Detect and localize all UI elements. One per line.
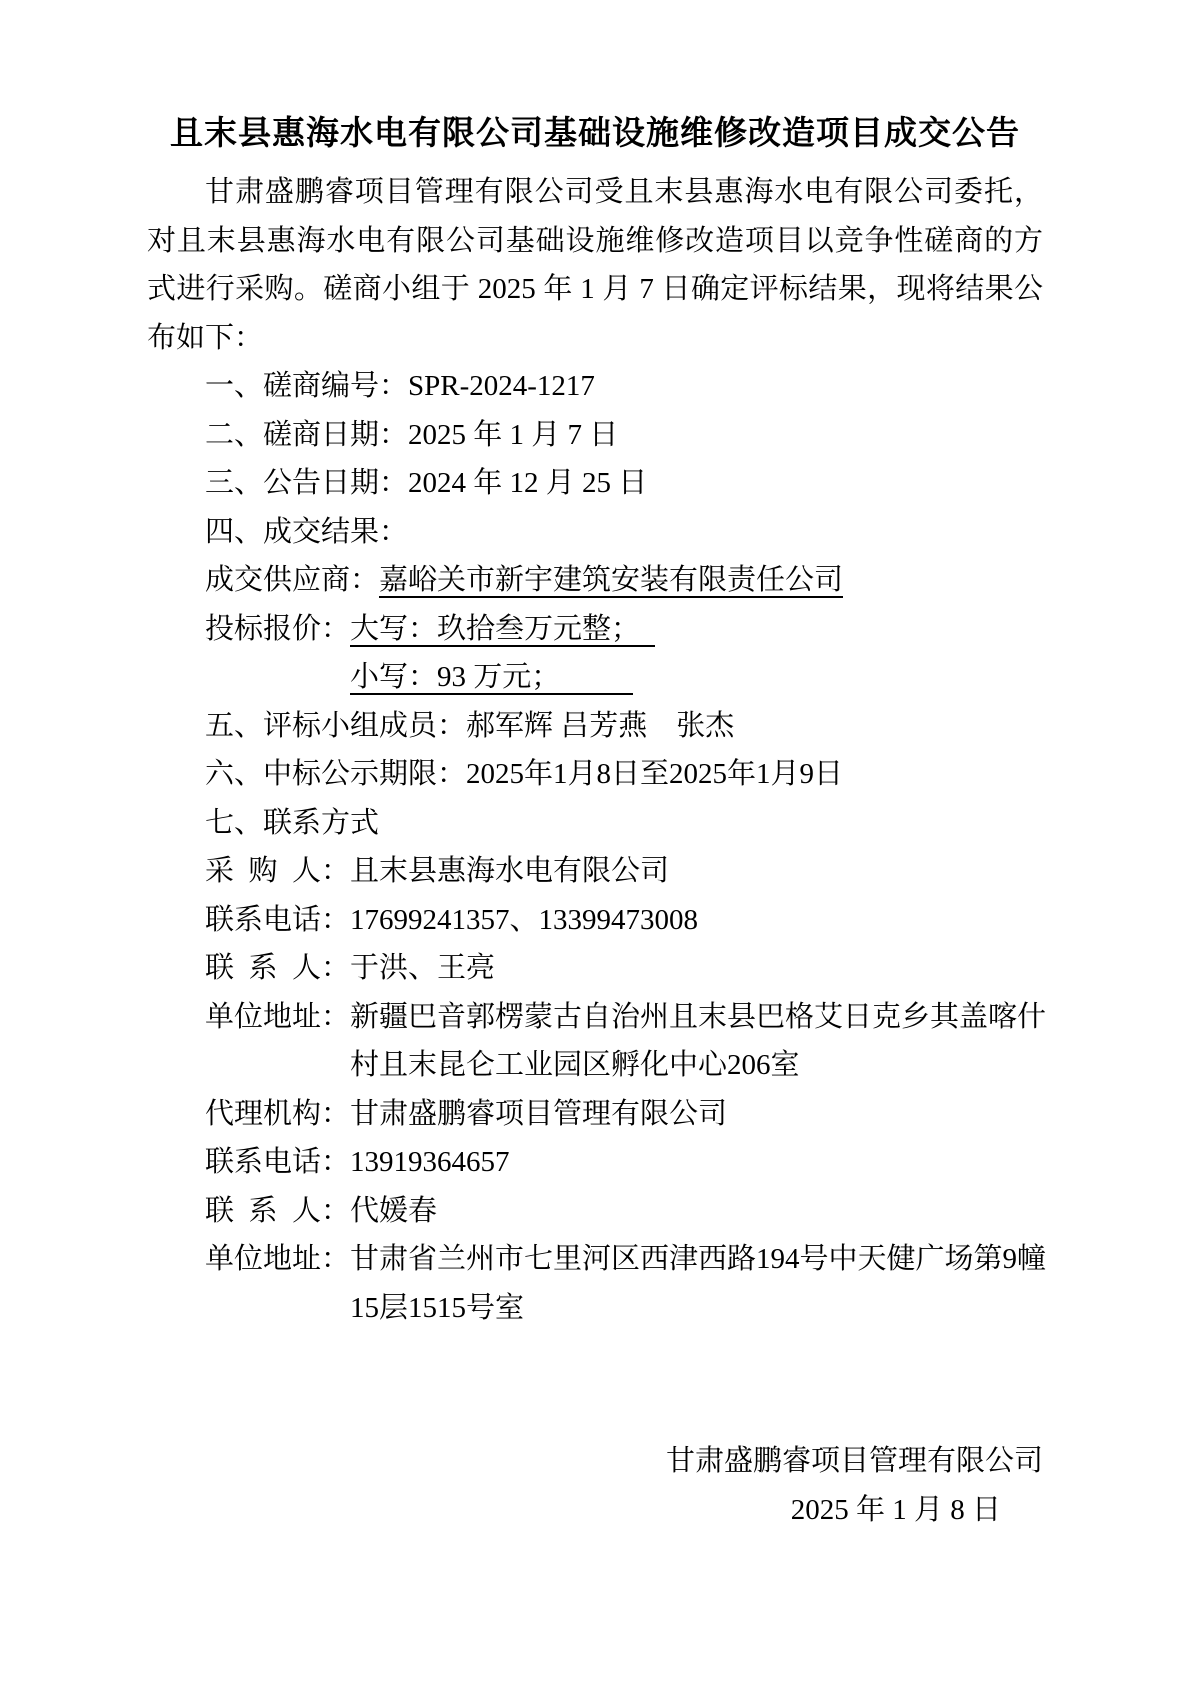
line-text: 村且末昆仑工业园区孵化中心206室: [350, 1049, 800, 1081]
line-purchaser-address-1: 单位地址：新疆巴音郭楞蒙古自治州且末县巴格艾日克乡其盖喀什: [205, 993, 1043, 1042]
line-text: 联系电话：13919364657: [205, 1146, 510, 1178]
body-lines: 一、磋商编号：SPR-2024-1217二、磋商日期：2025 年 1 月 7 …: [147, 362, 1043, 1332]
line-text: 三、公告日期：2024 年 12 月 25 日: [205, 467, 647, 499]
line-text: 单位地址：甘肃省兰州市七里河区西津西路194号中天健广场第9幢: [205, 1243, 1046, 1275]
line-text: 成交供应商：: [205, 564, 379, 596]
line-negotiation-number: 一、磋商编号：SPR-2024-1217: [205, 362, 1043, 411]
line-agency: 代理机构：甘肃盛鹏睿项目管理有限公司: [205, 1090, 1043, 1139]
line-text: 一、磋商编号：SPR-2024-1217: [205, 370, 595, 402]
line-purchaser: 采 购 人：且末县惠海水电有限公司: [205, 847, 1043, 896]
line-text: 联 系 人：于洪、王亮: [205, 952, 495, 984]
line-bid-price-words: 投标报价：大写：玖拾叁万元整；: [205, 605, 1043, 654]
line-winning-supplier: 成交供应商：嘉峪关市新宇建筑安装有限责任公司: [205, 556, 1043, 605]
signature-block: 甘肃盛鹏睿项目管理有限公司 2025 年 1 月 8 日: [147, 1437, 1043, 1534]
underlined-value: 大写：玖拾叁万元整；: [350, 613, 655, 647]
line-text: 投标报价：: [205, 613, 350, 645]
line-text: 四、成交结果：: [205, 516, 408, 548]
line-purchaser-contact: 联 系 人：于洪、王亮: [205, 944, 1043, 993]
line-text: 七、联系方式: [205, 807, 379, 839]
line-agency-contact: 联 系 人：代媛春: [205, 1187, 1043, 1236]
line-text: 联系电话：17699241357、13399473008: [205, 904, 698, 936]
underlined-value: 小写：93 万元；: [350, 661, 633, 695]
line-bid-price-figures: 小写：93 万元；: [350, 653, 1043, 702]
line-agency-phone: 联系电话：13919364657: [205, 1138, 1043, 1187]
line-text: 五、评标小组成员：郝军辉 吕芳燕 张杰: [205, 710, 734, 742]
line-text: 二、磋商日期：2025 年 1 月 7 日: [205, 419, 618, 451]
document-page: 且末县惠海水电有限公司基础设施维修改造项目成交公告 甘肃盛鹏睿项目管理有限公司受…: [0, 0, 1191, 1684]
line-negotiation-date: 二、磋商日期：2025 年 1 月 7 日: [205, 411, 1043, 460]
line-purchaser-phone: 联系电话：17699241357、13399473008: [205, 896, 1043, 945]
line-text: 六、中标公示期限：2025年1月8日至2025年1月9日: [205, 758, 843, 790]
line-award-result-heading: 四、成交结果：: [205, 508, 1043, 557]
signature-date: 2025 年 1 月 8 日: [147, 1486, 1043, 1535]
line-text: 15层1515号室: [350, 1292, 524, 1324]
line-text: 单位地址：新疆巴音郭楞蒙古自治州且末县巴格艾日克乡其盖喀什: [205, 1001, 1046, 1033]
document-title: 且末县惠海水电有限公司基础设施维修改造项目成交公告: [147, 110, 1043, 158]
line-evaluation-panel: 五、评标小组成员：郝军辉 吕芳燕 张杰: [205, 702, 1043, 751]
line-purchaser-address-2: 村且末昆仑工业园区孵化中心206室: [350, 1041, 1043, 1090]
line-announcement-date: 三、公告日期：2024 年 12 月 25 日: [205, 459, 1043, 508]
line-text: 联 系 人：代媛春: [205, 1195, 437, 1227]
intro-paragraph: 甘肃盛鹏睿项目管理有限公司受且末县惠海水电有限公司委托，对且末县惠海水电有限公司…: [147, 168, 1043, 362]
line-agency-address-1: 单位地址：甘肃省兰州市七里河区西津西路194号中天健广场第9幢: [205, 1235, 1043, 1284]
line-agency-address-2: 15层1515号室: [350, 1284, 1043, 1333]
line-contact-heading: 七、联系方式: [205, 799, 1043, 848]
line-text: 代理机构：甘肃盛鹏睿项目管理有限公司: [205, 1098, 727, 1130]
line-text: 采 购 人：且末县惠海水电有限公司: [205, 855, 669, 887]
line-publicity-period: 六、中标公示期限：2025年1月8日至2025年1月9日: [205, 750, 1043, 799]
underlined-value: 嘉峪关市新宇建筑安装有限责任公司: [379, 564, 843, 598]
signature-org: 甘肃盛鹏睿项目管理有限公司: [147, 1437, 1043, 1486]
